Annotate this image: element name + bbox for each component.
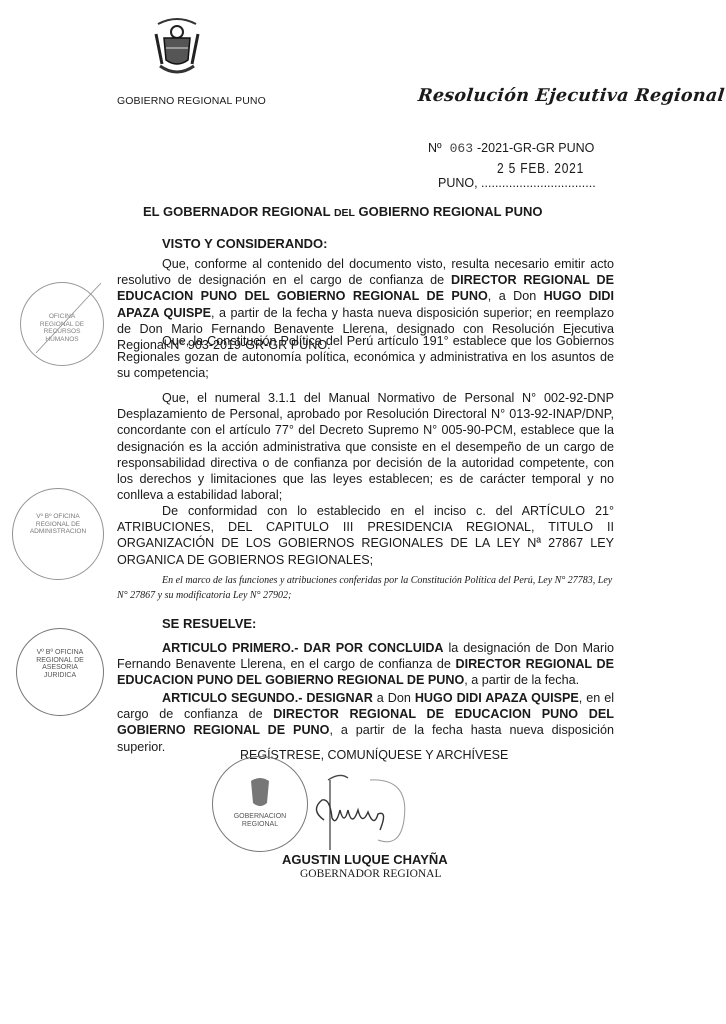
bold-text: ARTICULO SEGUNDO.- DESIGNAR: [162, 691, 373, 705]
text: En el marco de las funciones y atribucio…: [117, 575, 612, 601]
signature-scribble: [300, 770, 420, 860]
article-primero: ARTICULO PRIMERO.- DAR POR CONCLUIDA la …: [117, 640, 614, 689]
paragraph-2: Que, la Constitución Política del Perú a…: [117, 333, 614, 382]
main-title: EL GOBERNADOR REGIONAL DEL GOBIERNO REGI…: [143, 204, 543, 219]
number-suffix: -2021-GR-GR PUNO: [477, 141, 594, 155]
seal-gobernacion: GOBERNACION REGIONAL: [212, 756, 308, 852]
paragraph-4: De conformidad con lo establecido en el …: [117, 503, 614, 568]
peru-coat-of-arms-icon: [152, 14, 202, 80]
text: Que, la Constitución Política del Perú a…: [117, 334, 614, 380]
text: De conformidad con lo establecido en el …: [117, 504, 614, 567]
text: a Don: [373, 691, 415, 705]
seal-text: Vº Bº OFICINA REGIONAL DE ADMINISTRACION: [13, 513, 103, 536]
text: Que, el numeral 3.1.1 del Manual Normati…: [117, 391, 614, 502]
seal-recursos-humanos: OFICINA REGIONAL DE RECURSOS HUMANOS: [20, 282, 104, 366]
date-stamp: 2 5 FEB. 2021: [497, 160, 584, 177]
resolution-number: Nº063-2021-GR-GR PUNO: [428, 141, 594, 156]
paragraph-5: En el marco de las funciones y atribucio…: [117, 573, 614, 603]
paragraph-3: Que, el numeral 3.1.1 del Manual Normati…: [117, 390, 614, 503]
title-part: GOBIERNO REGIONAL PUNO: [355, 204, 543, 219]
seal-text: Vº Bº OFICINA REGIONAL DE ASESORIA JURID…: [17, 649, 103, 679]
article-segundo: ARTICULO SEGUNDO.- DESIGNAR a Don HUGO D…: [117, 690, 614, 755]
signatory-role: GOBERNADOR REGIONAL: [300, 868, 442, 880]
place-date-line: PUNO, .................................: [438, 176, 596, 190]
title-part: EL GOBERNADOR REGIONAL: [143, 204, 334, 219]
signatory-name: AGUSTIN LUQUE CHAYÑA: [282, 852, 448, 867]
seal-asesoria-juridica: Vº Bº OFICINA REGIONAL DE ASESORIA JURID…: [16, 628, 104, 716]
number-handwritten: 063: [450, 141, 473, 156]
number-prefix: Nº: [428, 141, 442, 155]
bold-text: ARTICULO PRIMERO.- DAR POR CONCLUIDA: [162, 641, 444, 655]
text: , a partir de la fecha.: [464, 673, 579, 687]
section-resuelve: SE RESUELVE:: [162, 616, 256, 631]
seal-administracion: Vº Bº OFICINA REGIONAL DE ADMINISTRACION: [12, 488, 104, 580]
section-visto: VISTO Y CONSIDERANDO:: [162, 236, 327, 251]
title-part: DEL: [334, 207, 355, 219]
document-type-title: Resolución Ejecutiva Regional: [417, 86, 726, 106]
text: , a Don: [488, 289, 544, 303]
bold-text: HUGO DIDI APAZA QUISPE: [415, 691, 579, 705]
organization-name: GOBIERNO REGIONAL PUNO: [117, 95, 266, 107]
